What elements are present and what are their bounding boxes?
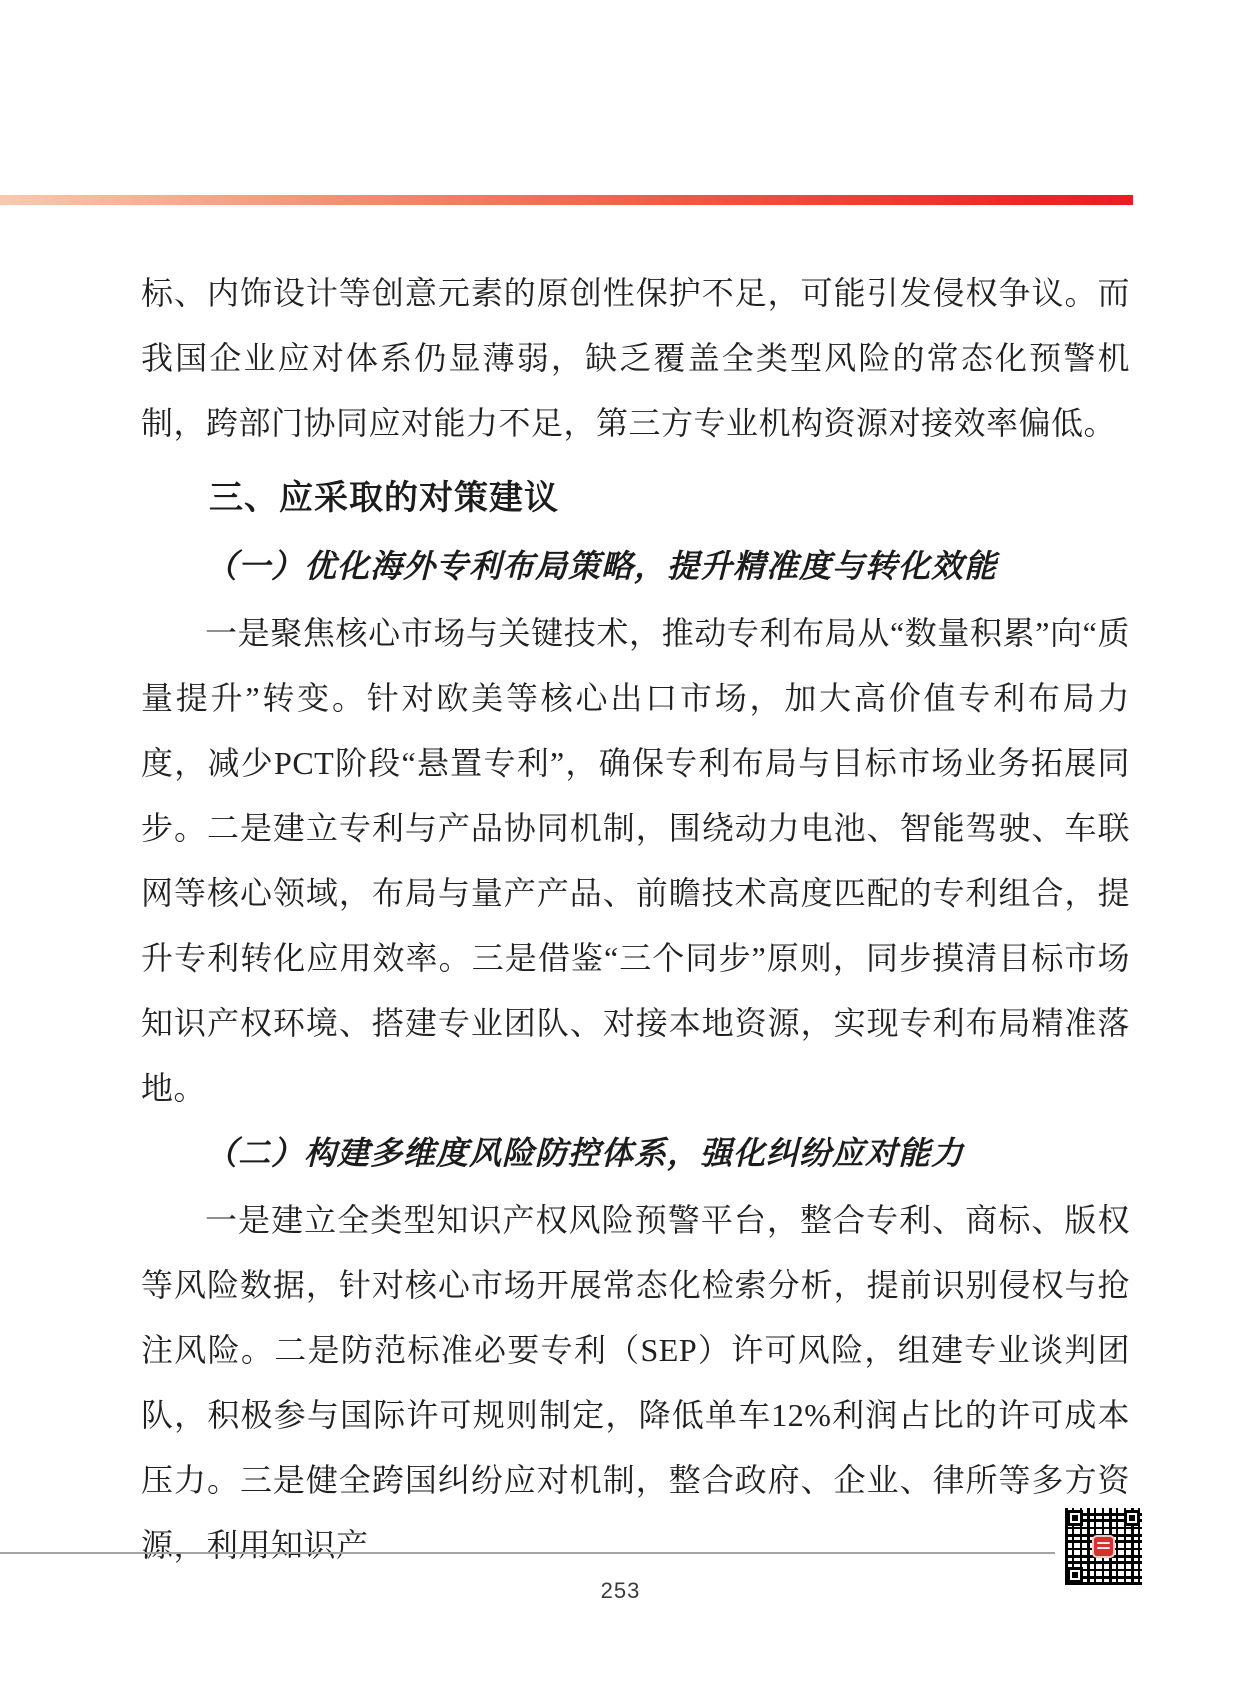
subsection-heading-1: （一）优化海外专利布局策略，提升精准度与转化效能 xyxy=(141,534,1130,599)
qr-logo-text-line xyxy=(1097,1542,1110,1544)
page-body-text: 标、内饰设计等创意元素的原创性保护不足，可能引发侵权争议。而我国企业应对体系仍显… xyxy=(141,261,1130,1578)
paragraph-subsection-2: 一是建立全类型知识产权风险预警平台，整合专利、商标、版权等风险数据，针对核心市场… xyxy=(141,1188,1130,1578)
qr-code xyxy=(1065,1508,1142,1585)
paragraph-subsection-1: 一是聚焦核心市场与关键技术，推动专利布局从“数量积累”向“质量提升”转变。针对欧… xyxy=(141,601,1130,1121)
footer-divider-line xyxy=(0,1552,1055,1554)
subsection-heading-2: （二）构建多维度风险防控体系，强化纠纷应对能力 xyxy=(141,1121,1130,1186)
qr-logo-text-line xyxy=(1097,1547,1110,1549)
document-page: 标、内饰设计等创意元素的原创性保护不足，可能引发侵权争议。而我国企业应对体系仍显… xyxy=(0,0,1241,1684)
paragraph-continuation: 标、内饰设计等创意元素的原创性保护不足，可能引发侵权争议。而我国企业应对体系仍显… xyxy=(141,261,1130,456)
qr-center-logo-icon xyxy=(1092,1535,1115,1558)
section-heading: 三、应采取的对策建议 xyxy=(141,466,1130,531)
accent-gradient-bar xyxy=(0,195,1133,205)
qr-finder-top-right-icon xyxy=(1124,1510,1140,1526)
page-number: 253 xyxy=(0,1578,1241,1604)
qr-finder-top-left-icon xyxy=(1067,1510,1083,1526)
